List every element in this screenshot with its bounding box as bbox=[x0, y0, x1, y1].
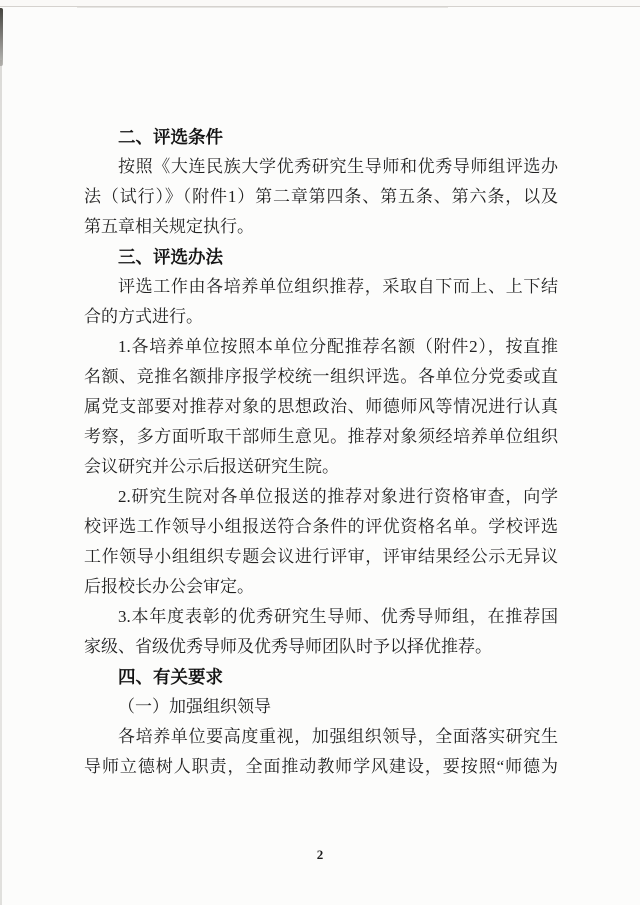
body-text-line: 3.本年度表彰的优秀研究生导师、优秀导师组，在推荐国 bbox=[84, 602, 558, 632]
body-text-line: （一）加强组织领导 bbox=[84, 692, 558, 722]
body-text-line: 合的方式进行。 bbox=[84, 302, 558, 332]
body-text-line: 导师立德树人职责，全面推动教师学风建设，要按照“师德为 bbox=[84, 752, 558, 782]
page-number: 2 bbox=[0, 847, 640, 863]
scan-left-corner-artifact bbox=[0, 8, 3, 66]
body-text-line: 2.研究生院对各单位报送的推荐对象进行资格审查，向学 bbox=[84, 482, 558, 512]
body-text-line: 考察，多方面听取干部师生意见。推荐对象须经培养单位组织 bbox=[84, 422, 558, 452]
scanned-document-page: 二、评选条件按照《大连民族大学优秀研究生导师和优秀导师组评选办法（试行）》（附件… bbox=[0, 0, 640, 905]
body-text-line: 后报校长办公会审定。 bbox=[84, 572, 558, 602]
body-text-line: 第五章相关规定执行。 bbox=[84, 212, 558, 242]
section-heading: 三、评选办法 bbox=[84, 242, 558, 272]
body-text-line: 评选工作由各培养单位组织推荐，采取自下而上、上下结 bbox=[84, 272, 558, 302]
body-text-line: 工作领导小组组织专题会议进行评审，评审结果经公示无异议 bbox=[84, 542, 558, 572]
section-heading: 二、评选条件 bbox=[84, 122, 558, 152]
body-text-line: 各培养单位要高度重视，加强组织领导，全面落实研究生 bbox=[84, 722, 558, 752]
body-text-line: 家级、省级优秀导师及优秀导师团队时予以择优推荐。 bbox=[84, 632, 558, 662]
body-text-line: 1.各培养单位按照本单位分配推荐名额（附件2），按直推 bbox=[84, 332, 558, 362]
body-text-line: 名额、竞推名额排序报学校统一组织评选。各单位分党委或直 bbox=[84, 362, 558, 392]
body-text-line: 会议研究并公示后报送研究生院。 bbox=[84, 452, 558, 482]
body-text-line: 属党支部要对推荐对象的思想政治、师德师风等情况进行认真 bbox=[84, 392, 558, 422]
body-text-line: 按照《大连民族大学优秀研究生导师和优秀导师组评选办 bbox=[84, 152, 558, 182]
document-body: 二、评选条件按照《大连民族大学优秀研究生导师和优秀导师组评选办法（试行）》（附件… bbox=[84, 0, 558, 782]
body-text-line: 法（试行）》（附件1）第二章第四条、第五条、第六条，以及 bbox=[84, 182, 558, 212]
scan-left-edge-artifact bbox=[0, 60, 2, 905]
body-text-line: 校评选工作领导小组报送符合条件的评优资格名单。学校评选 bbox=[84, 512, 558, 542]
section-heading: 四、有关要求 bbox=[84, 662, 558, 692]
